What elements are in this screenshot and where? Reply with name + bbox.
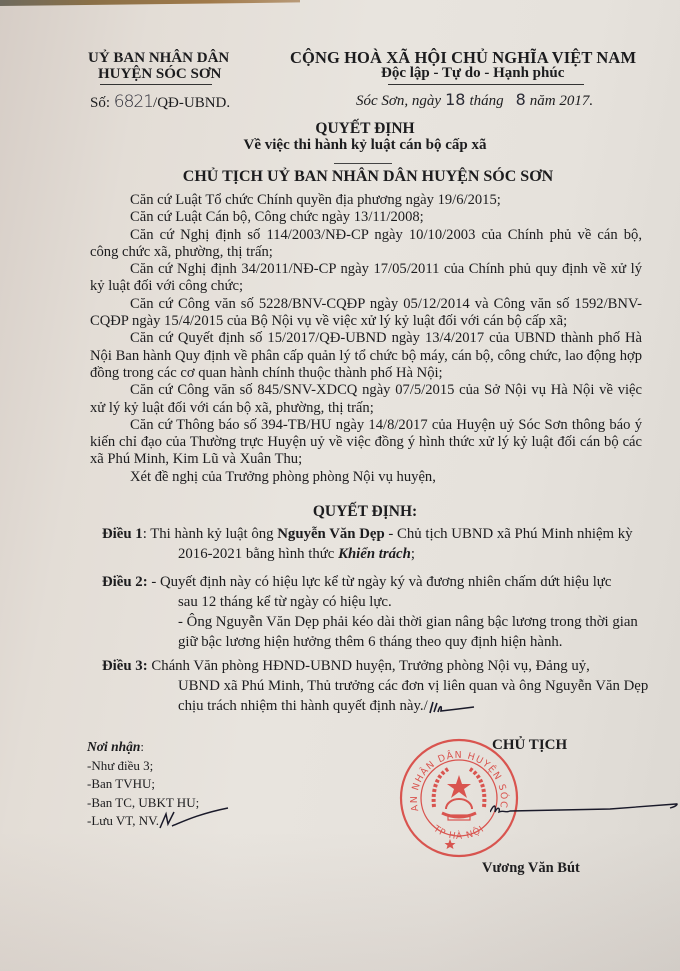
preamble-item: Căn cứ Nghị định 34/2011/NĐ-CP ngày 17/0… [90,261,642,296]
issuer-underline [100,84,212,85]
handwritten-initials-icon [158,806,238,830]
document-subject: Về việc thi hành kỷ luật cán bộ cấp xã [0,137,680,154]
article-label: Điều 3: [102,658,148,674]
motto-underline [388,84,584,85]
preamble-item: Căn cứ Thông báo số 394-TB/HU ngày 14/8/… [90,417,642,469]
document-type-title: QUYẾT ĐỊNH [0,120,680,138]
place-and-date: Sóc Sơn, ngày18tháng8năm 2017. [356,90,593,110]
preamble-item: Căn cứ Công văn số 845/SNV-XDCQ ngày 07/… [90,382,642,417]
preamble-item: Căn cứ Quyết định số 15/2017/QĐ-UBND ngà… [90,330,642,382]
article-label: Điều 1 [102,526,143,542]
article-1: Điều 1: Thi hành kỷ luật ông Nguyễn Văn … [104,524,660,564]
recipient-item: -Ban TVHU; [87,775,199,794]
article-2: Điều 2: - Quyết định này có hiệu lực kể … [104,572,660,652]
issuer-line-2: HUYỆN SÓC SƠN [98,66,221,83]
signer-title: CHỦ TỊCH [492,737,567,754]
article-3: Điều 3: Chánh Văn phòng HĐND-UBND huyện,… [104,656,660,716]
date-year: năm 2017. [530,93,593,109]
signer-name: Vương Văn Bút [482,860,580,877]
document-number: Số: 6821/QĐ-UBND. [90,92,230,112]
preamble-item: Căn cứ Công văn số 5228/BNV-CQĐP ngày 05… [90,296,642,331]
decision-heading: QUYẾT ĐỊNH: [0,503,680,521]
date-prefix: Sóc Sơn, ngày [356,93,441,109]
date-month: 8 [504,90,530,109]
official-seal-icon: UỶ BAN NHÂN DÂN HUYỆN SÓC SƠN TP HÀ NỘI [398,737,520,859]
preamble-item: Căn cứ Luật Cán bộ, Công chức ngày 13/11… [90,209,642,226]
date-day: 18 [441,90,469,109]
date-month-label: tháng [469,93,503,109]
issuing-authority: CHỦ TỊCH UỶ BAN NHÂN DÂN HUYỆN SÓC SƠN [0,168,680,186]
photo-shadow [0,831,680,971]
article-label: Điều 2: [102,574,148,590]
doc-number-handwritten: 6821 [114,92,153,112]
disciplined-person: Nguyễn Văn Dẹp [277,526,384,542]
doc-number-suffix: /QĐ-UBND. [153,95,230,111]
preamble-item: Xét đề nghị của Trưởng phòng phòng Nội v… [90,469,642,486]
preamble-item: Căn cứ Nghị định số 114/2003/NĐ-CP ngày … [90,227,642,262]
preamble-item: Căn cứ Luật Tổ chức Chính quyền địa phươ… [90,192,642,209]
penalty-form: Khiển trách [338,546,411,562]
desk-edge [0,0,300,6]
signature-icon [490,800,680,820]
issuer-line-1: UỶ BAN NHÂN DÂN [88,50,229,67]
recipients-heading: Nơi nhận [87,739,140,754]
recipient-item: -Như điều 3; [87,757,199,776]
national-motto: Độc lập - Tự do - Hạnh phúc [381,65,564,82]
initials-mark-icon [428,699,488,715]
svg-text:TP HÀ NỘI: TP HÀ NỘI [431,824,487,842]
doc-number-prefix: Số: [90,95,114,111]
preamble: Căn cứ Luật Tổ chức Chính quyền địa phươ… [90,192,642,486]
subject-underline [334,163,392,164]
